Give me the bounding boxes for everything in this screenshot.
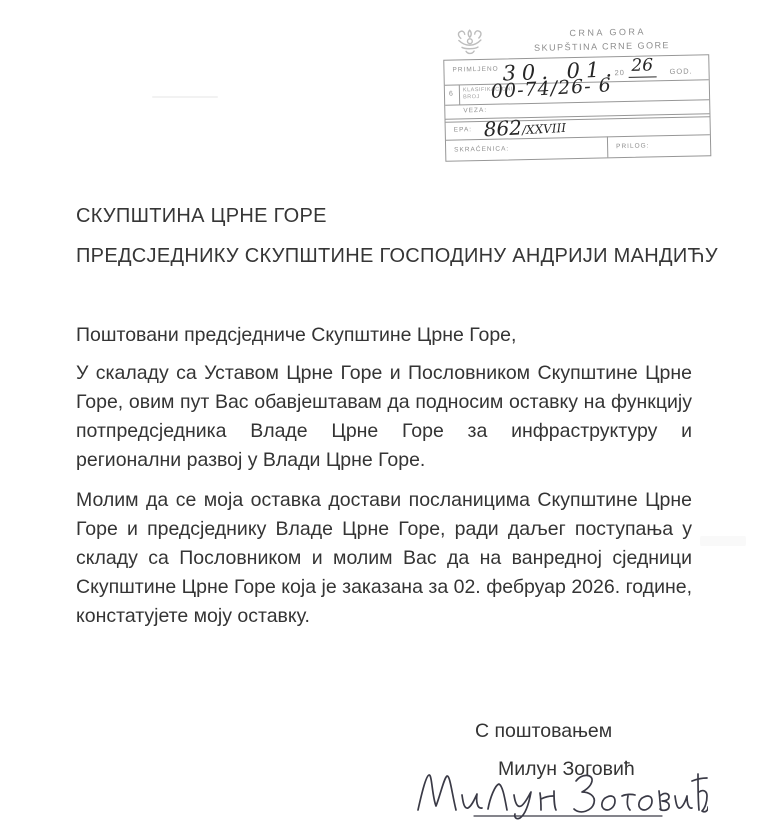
epa-number: 862 bbox=[483, 115, 522, 141]
scan-smudge bbox=[700, 536, 746, 546]
letter-closing: С поштовањем bbox=[475, 720, 612, 743]
letter-paragraph-request: Молим да се моја оставка достави послани… bbox=[76, 486, 692, 631]
year-suffix: GOD. bbox=[669, 67, 692, 76]
epa-handwritten-number: 862/XXVIII bbox=[483, 113, 566, 142]
letter-paragraph-resignation: У скаладу са Уставом Црне Горе и Пословн… bbox=[76, 359, 692, 475]
skracenica-label: SKRAĆENICA: bbox=[454, 145, 509, 153]
prilog-label: PRILOG: bbox=[616, 142, 650, 150]
scanned-letter-page: CRNA GORA SKUPŠTINA CRNE GORE PRIMLJENO … bbox=[0, 0, 772, 821]
stamp-country: CRNA GORA bbox=[513, 25, 703, 39]
receipt-stamp: CRNA GORA SKUPŠTINA CRNE GORE PRIMLJENO … bbox=[443, 21, 712, 167]
handwritten-signature bbox=[408, 768, 708, 820]
letter-greeting: Поштовани предсједниче Скупштине Црне Го… bbox=[76, 324, 516, 347]
stamp-header: CRNA GORA SKUPŠTINA CRNE GORE bbox=[443, 21, 710, 60]
left-marker: 6 bbox=[449, 91, 454, 98]
letter-heading-institution: СКУПШТИНА ЦРНЕ ГОРЕ bbox=[76, 205, 327, 228]
year-prefix: 20 bbox=[614, 68, 625, 77]
scan-smudge bbox=[152, 96, 218, 98]
year-handwritten: 26 bbox=[628, 55, 656, 78]
stamp-grid-line bbox=[607, 136, 608, 157]
coat-of-arms-icon bbox=[455, 26, 486, 59]
letter-heading-recipient: ПРЕДСЈЕДНИКУ СКУПШТИНЕ ГОСПОДИНУ АНДРИЈИ… bbox=[76, 245, 718, 268]
epa-roman-numeral: /XXVIII bbox=[522, 121, 567, 137]
veza-label: VEZA: bbox=[463, 107, 487, 114]
primljeno-label: PRIMLJENO bbox=[452, 66, 498, 74]
stamp-institution: SKUPŠTINA CRNE GORE bbox=[495, 39, 709, 53]
stamp-grid-line bbox=[445, 99, 709, 106]
klas-label-line2: BROJ bbox=[463, 94, 480, 100]
epa-label: EPA: bbox=[454, 126, 472, 133]
stamp-table: PRIMLJENO 30. 01. 20 26 GOD. 6 KLASIFIKA… bbox=[443, 54, 711, 162]
stamp-grid-line bbox=[459, 84, 460, 104]
